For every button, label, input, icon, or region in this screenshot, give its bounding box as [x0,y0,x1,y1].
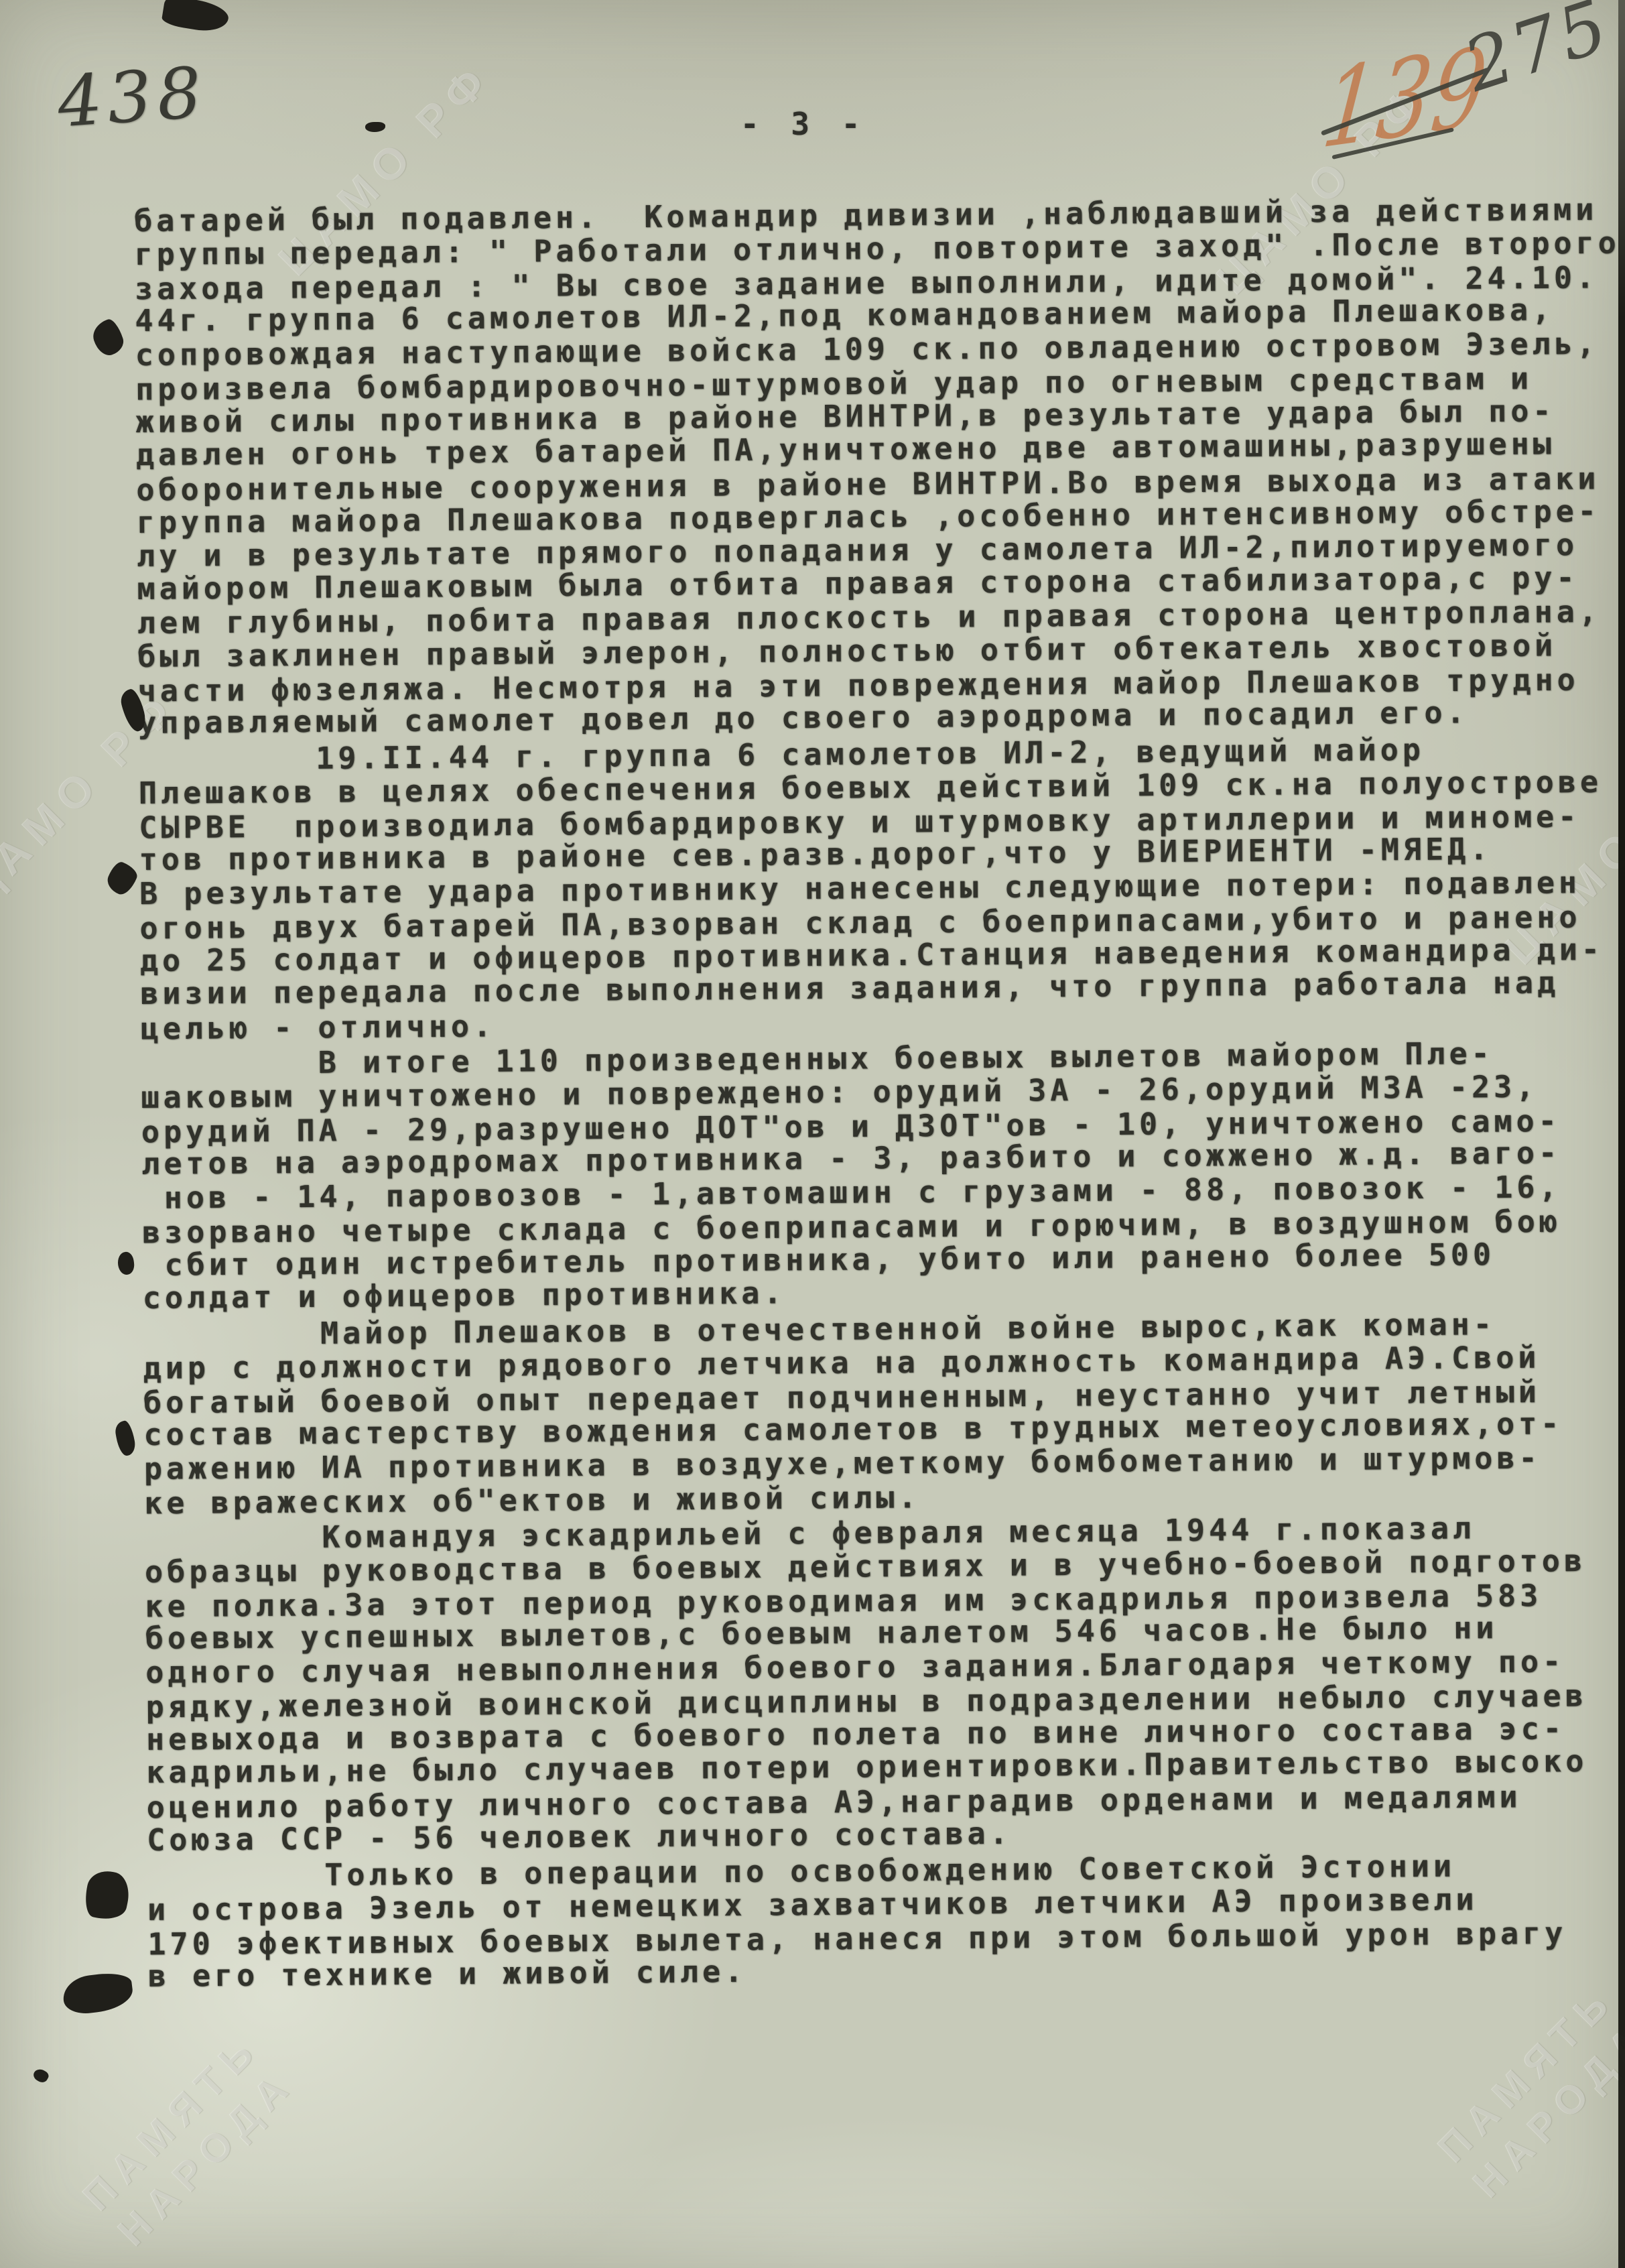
watermark-line: НАРОДА [1462,2011,1625,2208]
ink-blot [31,2067,50,2085]
watermark-pamyat-naroda: ПАМЯТЬ НАРОДА [1427,1975,1625,2208]
ink-blot [104,859,140,898]
watermark-pamyat-naroda: ПАМЯТЬ НАРОДА [72,2023,305,2256]
ink-blot [61,1970,135,2016]
ink-blot [89,317,127,359]
paragraph: Только в операции по освобождению Советс… [147,1848,1622,1994]
paragraph: В итоге 110 произведенных боевых вылетов… [141,1036,1617,1316]
ink-blot [161,0,231,34]
ink-blot [81,1867,133,1924]
paragraph: 19.II.44 г. группа 6 самолетов ИЛ-2, вед… [138,732,1614,1045]
watermark-line: ПАМЯТЬ [72,2023,270,2221]
watermark-line: НАРОДА [107,2059,305,2257]
page-number: - 3 - [740,106,866,142]
handwritten-folio-number: 275 [1455,0,1620,109]
ink-blot [114,1420,137,1457]
ink-blot [117,1251,135,1275]
scan-edge [1618,0,1625,2268]
document-body: батарей был подавлен. Командир дивизии ,… [134,193,1622,1997]
scanned-document-page: ЦАМО РФ ЦАМО РФ ЦАМО РФ ЦАМО РФ ПАМЯТЬ Н… [0,0,1625,2268]
paragraph: батарей был подавлен. Командир дивизии ,… [134,193,1612,741]
ink-blot [365,122,385,132]
paragraph: Майор Плешаков в отечественной войне выр… [143,1307,1618,1519]
handwritten-archive-number: 438 [55,51,209,143]
paragraph: Командуя эскадрильей с февраля месяца 19… [144,1511,1621,1857]
watermark-line: ПАМЯТЬ [1427,1975,1625,2173]
